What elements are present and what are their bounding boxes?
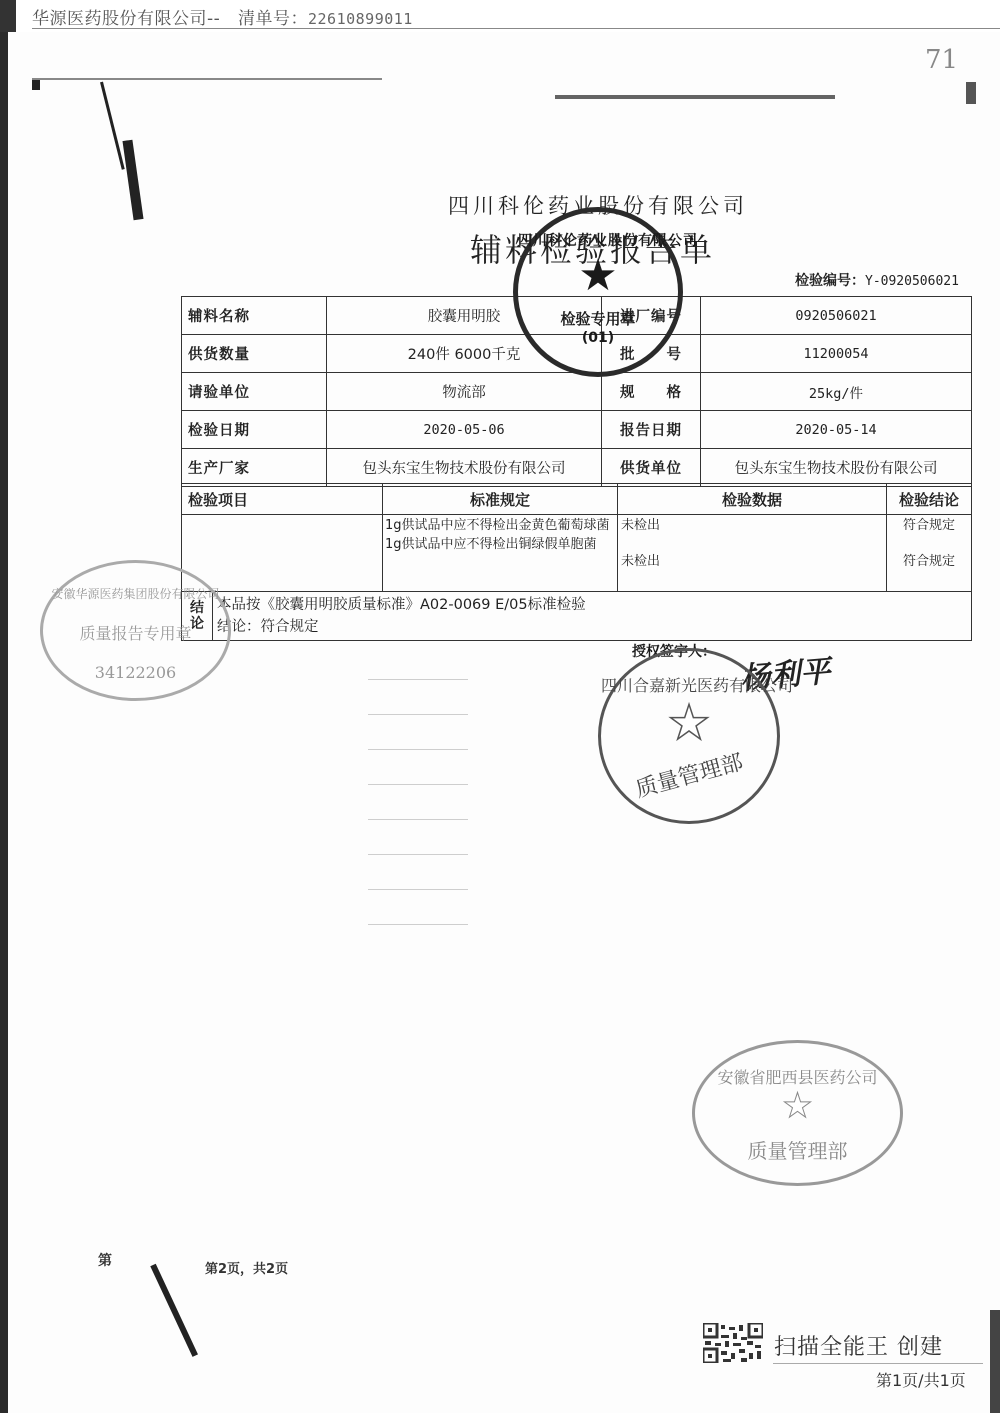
header-rule (32, 28, 1000, 29)
star-icon: ★ (518, 254, 678, 298)
stamp-center-text: 质量管理部 (695, 1135, 900, 1164)
huayuan-report-stamp: 安徽华源医药集团股份有限公司 质量报告专用章 34122206 (40, 560, 231, 701)
standard-cell: 1g供试品中应不得检出金黄色葡萄球菌 1g供试品中应不得检出铜绿假单胞菌 (382, 515, 617, 592)
header-standard: 标准规定 (382, 484, 617, 515)
scanner-rule (773, 1363, 983, 1364)
inspection-number: 检验编号：Y-0920506021 (795, 270, 959, 290)
scan-artifact (122, 140, 143, 221)
info-label-2: 规 格 (602, 373, 701, 411)
info-value: 包头东宝生物技术股份有限公司 (327, 449, 602, 487)
header-test-item: 检验项目 (182, 484, 383, 515)
header-data: 检验数据 (617, 484, 886, 515)
header-result: 检验结论 (886, 484, 971, 515)
test-table-header: 检验项目 标准规定 检验数据 检验结论 (182, 484, 972, 515)
inspection-number-label: 检验编号： (795, 273, 865, 289)
info-row: 检验日期2020-05-06报告日期2020-05-14 (182, 411, 972, 449)
bleed-through (368, 645, 468, 955)
result-cell: 符合规定 符合规定 (886, 515, 971, 592)
info-label: 检验日期 (182, 411, 327, 449)
info-value-2: 25kg/件 (701, 373, 972, 411)
standard-2: 1g供试品中应不得检出铜绿假单胞菌 (385, 536, 615, 553)
stamp-code: 34122206 (43, 663, 228, 682)
scan-artifact (555, 95, 835, 99)
feixi-quality-stamp: 安徽省肥西县医药公司 ★ 质量管理部 (692, 1040, 903, 1186)
test-table-row: 1g供试品中应不得检出金黄色葡萄球菌 1g供试品中应不得检出铜绿假单胞菌 未检出… (182, 515, 972, 592)
scanner-brand: 扫描全能王 创建 (774, 1330, 943, 1361)
data-2: 未检出 (621, 553, 883, 589)
inspection-number-value: Y-0920506021 (865, 274, 959, 289)
handwritten-mark: 71 (925, 45, 958, 75)
info-label: 生产厂家 (182, 449, 327, 487)
info-value-2: 包头东宝生物技术股份有限公司 (701, 449, 972, 487)
info-row: 生产厂家包头东宝生物技术股份有限公司供货单位包头东宝生物技术股份有限公司 (182, 449, 972, 487)
info-value-2: 2020-05-14 (701, 411, 972, 449)
info-row: 请验单位物流部规 格25kg/件 (182, 373, 972, 411)
data-cell: 未检出 未检出 (617, 515, 886, 592)
scan-left-edge (0, 32, 8, 1413)
quality-dept-stamp: 四川合嘉新光医药有限公司 ★ 质量管理部 (598, 648, 780, 824)
info-label-2: 供货单位 (602, 449, 701, 487)
conclusion-row: 结论 本品按《胶囊用明胶质量标准》A02-0069 E/05标准检验 结论：符合… (182, 592, 972, 641)
data-1: 未检出 (621, 517, 883, 553)
kelun-inspection-stamp: 四川科伦药业股份有限公司 ★ 检验专用章 (01) (513, 207, 683, 377)
header-company: 华源医药股份有限公司-- (32, 9, 220, 29)
page-footer-partial: 第 (98, 1250, 112, 1270)
scanner-page-number: 第1页/共1页 (876, 1368, 966, 1391)
scan-artifact (150, 1264, 198, 1357)
header-title: 华源医药股份有限公司-- 清单号：22610899011 (32, 4, 413, 29)
conclusion-line-2: 结论：符合规定 (217, 616, 967, 638)
test-table: 检验项目 标准规定 检验数据 检验结论 1g供试品中应不得检出金黄色葡萄球菌 1… (181, 483, 972, 641)
info-value-2: 0920506021 (701, 297, 972, 335)
info-value: 物流部 (327, 373, 602, 411)
result-2: 符合规定 (890, 553, 968, 589)
info-label-2: 报告日期 (602, 411, 701, 449)
scan-artifact (32, 78, 382, 80)
scan-right-edge (990, 1310, 1000, 1413)
header-list-label: 清单号： (238, 9, 308, 29)
conclusion-line-1: 本品按《胶囊用明胶质量标准》A02-0069 E/05标准检验 (217, 594, 967, 616)
stamp-center-text: 质量报告专用章 (43, 621, 228, 644)
stamp-code: (01) (518, 330, 678, 346)
info-label: 请验单位 (182, 373, 327, 411)
info-value: 2020-05-06 (327, 411, 602, 449)
standard-1: 1g供试品中应不得检出金黄色葡萄球菌 (385, 517, 615, 534)
stamp-ring-text: 安徽华源医药集团股份有限公司 (43, 585, 228, 602)
result-1: 符合规定 (890, 517, 968, 553)
info-value-2: 11200054 (701, 335, 972, 373)
qr-code-icon (703, 1323, 763, 1363)
star-icon: ★ (601, 699, 777, 747)
stamp-center-text: 检验专用章 (518, 308, 678, 329)
star-icon: ★ (695, 1089, 900, 1123)
scan-artifact (100, 82, 125, 170)
scan-edge-mark (0, 0, 16, 32)
stamp-ring-text: 安徽省肥西县医药公司 (695, 1065, 900, 1088)
stamp-ring-text: 四川科伦药业股份有限公司 (518, 230, 678, 250)
scan-artifact (966, 82, 976, 104)
stamp-ring-text: 四川合嘉新光医药有限公司 (601, 673, 777, 696)
info-label: 供货数量 (182, 335, 327, 373)
test-item (182, 515, 383, 592)
page-footer: 第2页，共2页 (205, 1258, 288, 1277)
info-label: 辅料名称 (182, 297, 327, 335)
top-header-bar: 华源医药股份有限公司-- 清单号：22610899011 (0, 0, 1000, 32)
header-list-number: 22610899011 (308, 10, 413, 28)
conclusion-text: 本品按《胶囊用明胶质量标准》A02-0069 E/05标准检验 结论：符合规定 (213, 592, 972, 641)
